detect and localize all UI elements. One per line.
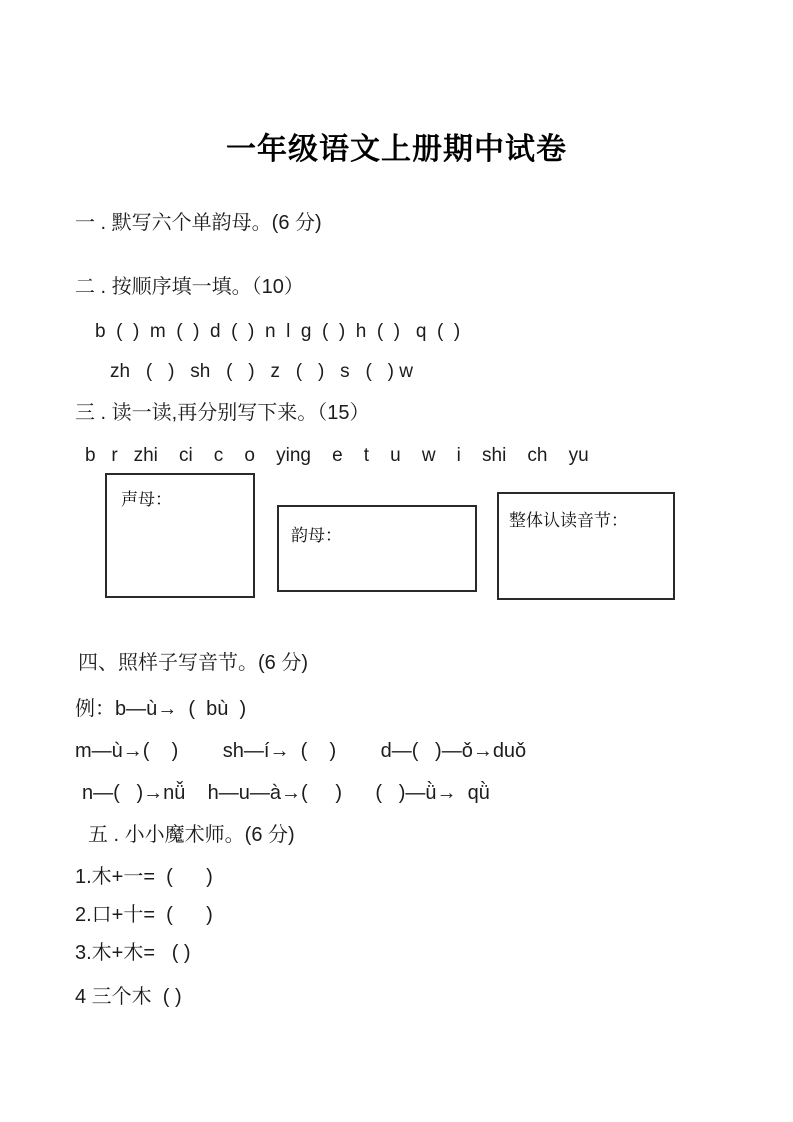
finals-box-label: 韵母： [279,507,475,546]
exam-paper-page: 一年级语文上册期中试卷 一 . 默写六个单韵母。(6 分) 二 . 按顺序填一填… [0,0,793,1122]
section-2-heading: 二 . 按顺序填一填。（10） [75,274,304,300]
section-3-heading: 三 . 读一读,再分别写下来。（15） [75,400,369,426]
section-2-fill-row-1: b ( ) m ( ) d ( ) n l g ( ) h ( ) q ( ) [95,320,460,345]
section-4-heading: 四、照样子写音节。(6 分) [78,650,308,676]
section-5-item-3: 3.木+木= ( ) [75,940,191,966]
section-1-heading: 一 . 默写六个单韵母。(6 分) [75,210,322,236]
section-5-heading: 五 . 小小魔术师。(6 分) [88,822,295,848]
section-2-fill-row-2: zh ( ) sh ( ) z ( ) s ( ) w [110,360,413,385]
initials-box-label: 声母： [107,475,253,510]
section-5-item-1: 1.木+一= ( ) [75,864,213,890]
section-5-item-4: 4 三个木 ( ) [75,984,182,1010]
section-4-exercise-line-2: n—( )→nǚ h—u—à→( ) ( )—ǜ→ qǜ [82,780,490,806]
whole-syllables-box-label: 整体认读音节： [499,494,673,531]
whole-syllables-answer-box: 整体认读音节： [497,492,675,600]
section-5-item-2: 2.口+十= ( ) [75,902,213,928]
section-4-exercise-line-1: m—ù→( ) sh—í→ ( ) d—( )—ǒ→duǒ [75,738,526,764]
finals-answer-box: 韵母： [277,505,477,592]
section-3-letter-list: b r zhi ci c o ying e t u w i shi ch yu [85,444,589,469]
section-4-example: 例：b—ù→ ( bù ) [75,696,246,722]
page-title: 一年级语文上册期中试卷 [0,124,793,168]
initials-answer-box: 声母： [105,473,255,598]
